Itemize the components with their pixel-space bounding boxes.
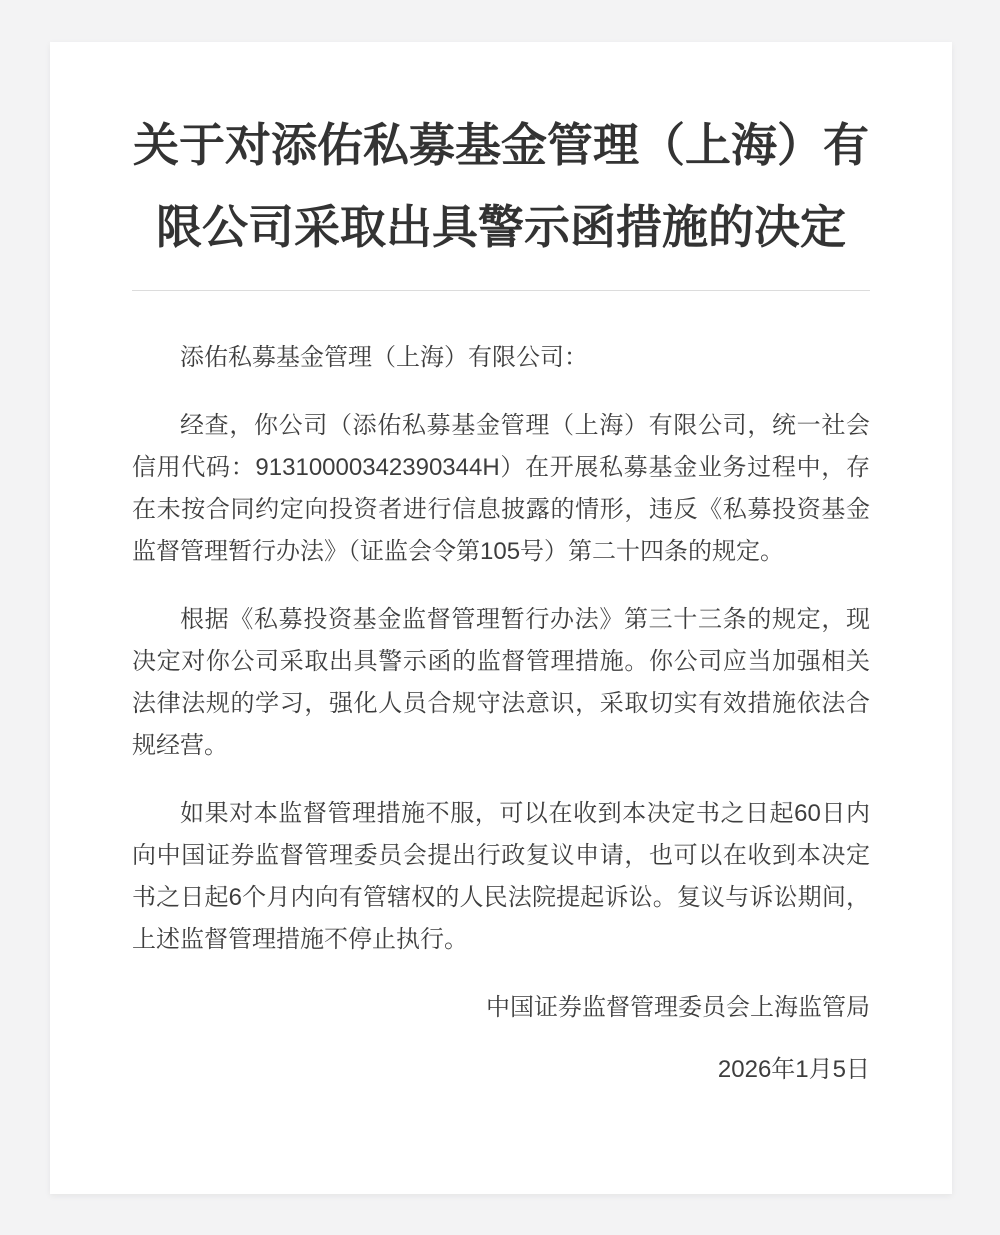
document-body: 添佑私募基金管理（上海）有限公司： 经查，你公司（添佑私募基金管理（上海）有限公… (132, 337, 870, 961)
document-title: 关于对添佑私募基金管理（上海）有限公司采取出具警示函措施的决定 (132, 104, 870, 268)
paragraph-findings: 经查，你公司（添佑私募基金管理（上海）有限公司，统一社会信用代码：9131000… (132, 405, 870, 573)
issuer-signature: 中国证券监督管理委员会上海监管局 (132, 987, 870, 1029)
issue-date: 2026年1月5日 (132, 1049, 870, 1091)
title-divider (132, 290, 870, 291)
salutation-line: 添佑私募基金管理（上海）有限公司： (132, 337, 870, 379)
document-card: 关于对添佑私募基金管理（上海）有限公司采取出具警示函措施的决定 添佑私募基金管理… (50, 42, 952, 1194)
paragraph-appeal-rights: 如果对本监督管理措施不服，可以在收到本决定书之日起60日内向中国证券监督管理委员… (132, 793, 870, 961)
paragraph-decision: 根据《私募投资基金监督管理暂行办法》第三十三条的规定，现决定对你公司采取出具警示… (132, 599, 870, 767)
